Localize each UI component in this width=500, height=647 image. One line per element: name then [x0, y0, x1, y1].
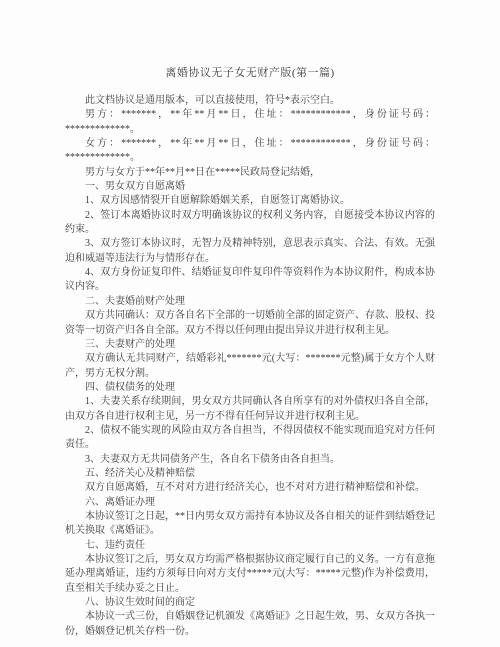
paragraph: 4、双方身份证复印件、结婚证复印件复印件等资料作为本协议附件，构成本协议内容。 [65, 266, 435, 295]
paragraph: 本协议签订之日起，**日内男女双方需持有本协议及各自相关的证件到结婚登记机关换取… [65, 510, 435, 539]
paragraph: 3、双方签订本协议时，无智力及精神特别，意思表示真实、合法、有效。无强迫和威逼等… [65, 237, 435, 266]
paragraph-wife-info: 女方：*******，**年**月**日，住址：************，身份证… [65, 137, 435, 166]
paragraph: 2、签订本离婚协议时双方明确该协议的权利义务内容，自愿接受本协议内容的约束。 [65, 209, 435, 238]
section-heading-6: 六、离婚证办理 [65, 496, 435, 510]
section-heading-8: 八、协议生效时间的商定 [65, 596, 435, 610]
section-heading-1: 一、男女双方自愿离婚 [65, 180, 435, 194]
section-heading-4: 四、债权债务的处理 [65, 381, 435, 395]
paragraph: 双方自愿离婚，互不对对方进行经济关心，也不对对方进行精神赔偿和补偿。 [65, 481, 435, 495]
paragraph: 3、夫妻双方无共同债务产生，各自名下债务由各自担当。 [65, 453, 435, 467]
document-page: 离婚协议无子女无财产版(第一篇) 此文档协议是通用版本，可以直接使用，符号*表示… [0, 0, 500, 647]
document-body: 此文档协议是通用版本，可以直接使用，符号*表示空白。 男方：*******，**… [65, 94, 435, 639]
paragraph: 1、夫妻关系存续期间，男女双方共同确认各自所享有的对外债权归各自全部，由双方各自… [65, 395, 435, 424]
paragraph-intro: 此文档协议是通用版本，可以直接使用，符号*表示空白。 [65, 94, 435, 108]
paragraph-husband-info: 男方：*******，**年**月**日，住址：************，身份证… [65, 108, 435, 137]
section-heading-7: 七、违约责任 [65, 539, 435, 553]
document-title: 离婚协议无子女无财产版(第一篇) [65, 66, 435, 80]
paragraph: 双方共同确认：双方各自名下全部的一切婚前全部的固定资产、存款、股权、投资等一切资… [65, 309, 435, 338]
section-heading-3: 三、夫妻财产的处理 [65, 338, 435, 352]
section-heading-2: 二、夫妻婚前财产处理 [65, 295, 435, 309]
paragraph: 双方确认无共同财产，结婚彩礼*******元(大写：*******元整)属于女方… [65, 352, 435, 381]
paragraph-marriage-registration: 男方与女方于**年**月**日在*****民政局登记结婚， [65, 166, 435, 180]
paragraph: 1、双方因感情裂开自愿解除婚姻关系，自愿签订离婚协议。 [65, 194, 435, 208]
paragraph: 2、债权不能实现的风险由双方各自担当，不得因债权不能实现而追究对方任何责任。 [65, 424, 435, 453]
paragraph: 本协议一式三份，自婚姻登记机颁发《离婚证》之日起生效，男、女双方各执一份，婚姻登… [65, 610, 435, 639]
section-heading-5: 五、经济关心及精神赔偿 [65, 467, 435, 481]
paragraph: 本协议签订之后，男女双方均需严格根据协议商定履行自己的义务。一方有意拖延办理离婚… [65, 553, 435, 596]
